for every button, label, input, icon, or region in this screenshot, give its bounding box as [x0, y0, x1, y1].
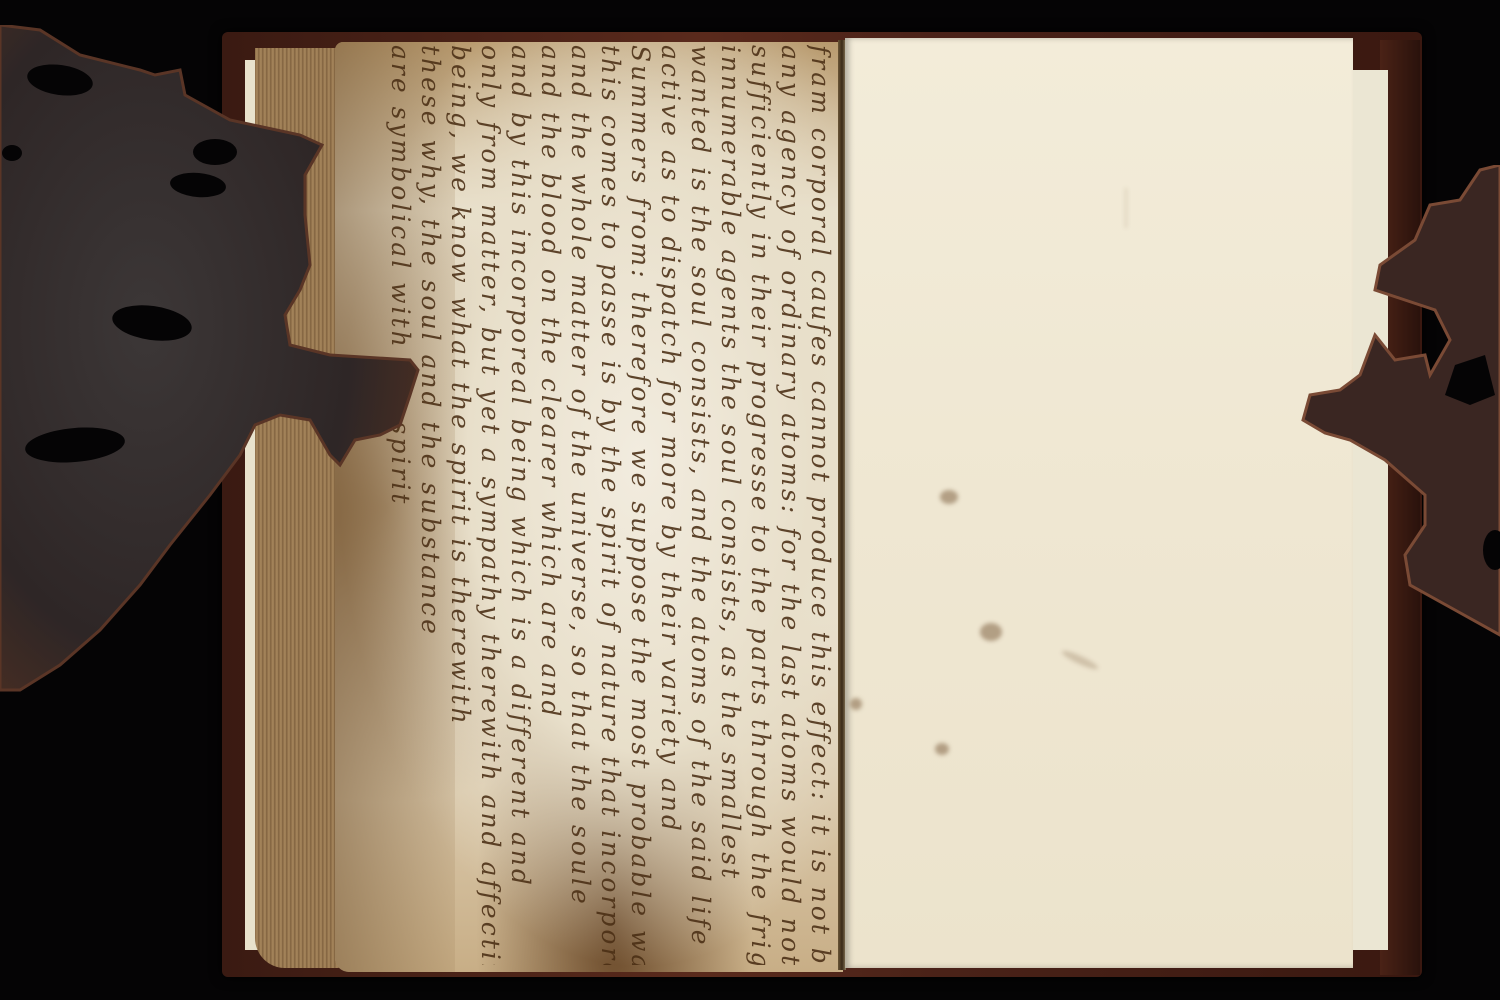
handwritten-line: Summers from: therefore we suppose the m… [625, 45, 655, 965]
handwritten-line: and the whole matter of the universe, so… [565, 45, 595, 965]
handwritten-line: this comes to passe is by the spirit of … [595, 45, 625, 965]
stain [935, 743, 949, 755]
handwritten-line: wanted is the soul consists, and the ato… [685, 45, 715, 965]
handwritten-line: and by this incorporeal being which is a… [505, 45, 535, 965]
handwritten-line: active as to dispatch for more by their … [655, 45, 685, 965]
stain [850, 698, 862, 710]
handwritten-line: and the blood on the clearer which are a… [535, 45, 565, 965]
handwritten-line: any agency of ordinary atoms: for the la… [775, 45, 805, 965]
metal-clasp-right [1295, 165, 1500, 725]
stain [940, 490, 958, 504]
metal-clasp-left [0, 25, 430, 715]
handwritten-line: being, we know what the spirit is therew… [445, 45, 475, 965]
handwritten-line: innumerable agents the soul consists, as… [715, 45, 745, 965]
stain [1125, 188, 1127, 228]
handwritten-line: only from matter, but yet a sympathy the… [475, 45, 505, 965]
handwritten-line: fram corporal caufes cannot produce this… [805, 45, 835, 965]
stain [980, 623, 1002, 641]
blank-page-right [845, 38, 1353, 968]
stain [1060, 648, 1100, 672]
handwritten-text: fram corporal caufes cannot produce this… [380, 45, 835, 965]
handwritten-line: sufficiently in their progresse to the p… [745, 45, 775, 965]
